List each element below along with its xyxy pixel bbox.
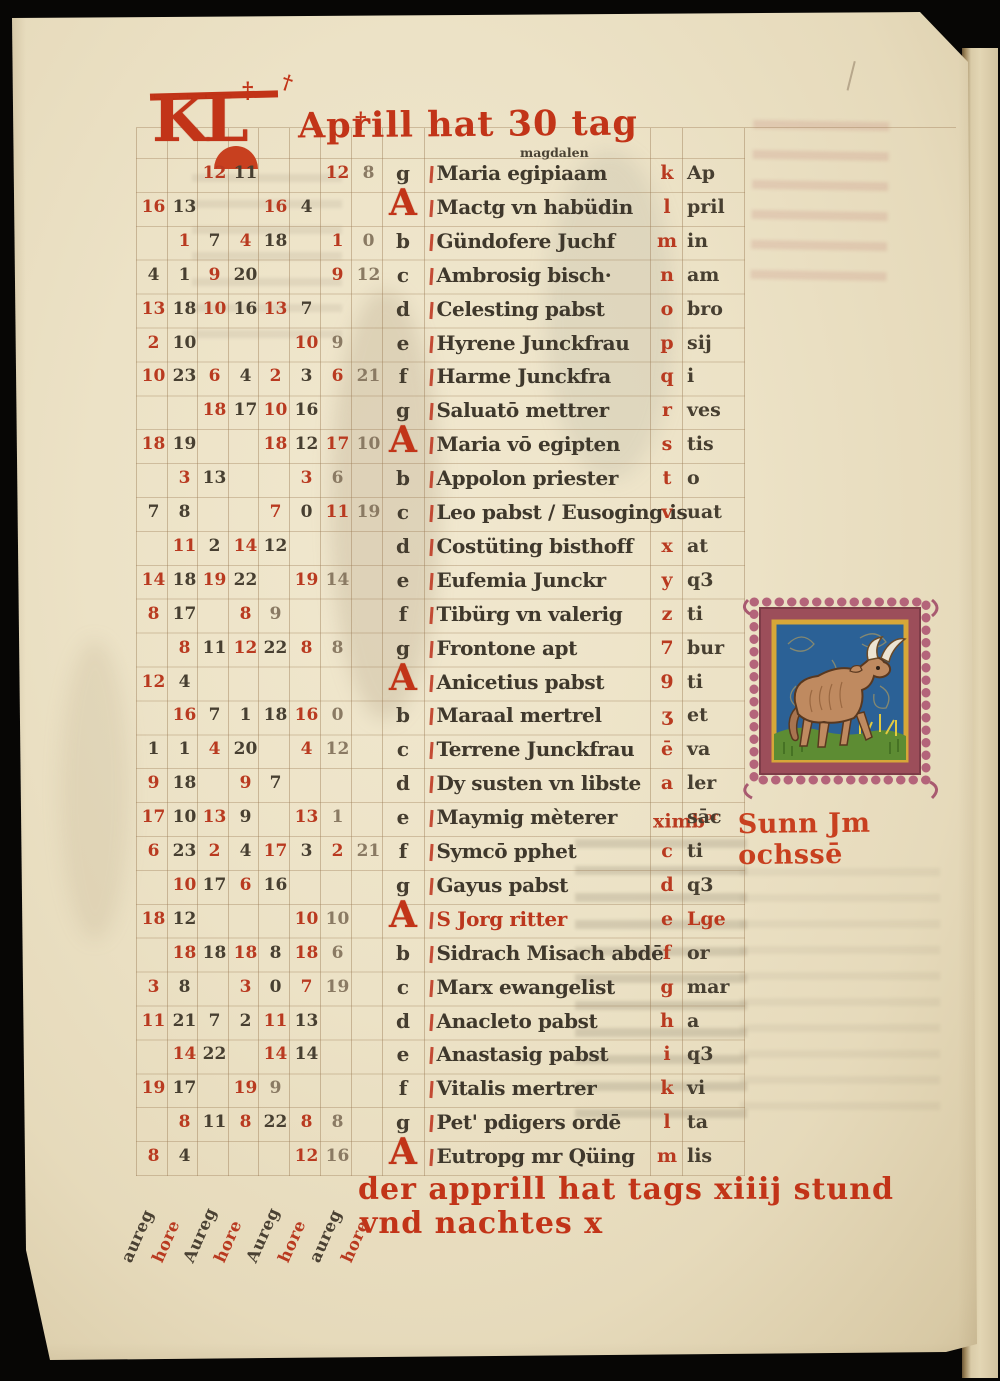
sequence-letter: h — [653, 1006, 681, 1036]
number-cell: 9 — [231, 768, 260, 798]
number-cell: 8 — [292, 1107, 321, 1137]
sequence-letter: s — [653, 429, 681, 459]
sequence-letter: ʒ — [653, 700, 681, 730]
sequence-letter: v — [653, 497, 681, 527]
saint-name: Eufemia Junckr — [430, 565, 658, 595]
number-cell: 1 — [139, 734, 168, 764]
number-cell: 4 — [231, 226, 260, 256]
sequence-letter: q — [653, 361, 681, 391]
number-cell: 18 — [231, 938, 260, 968]
sequence-letter: z — [653, 599, 681, 629]
saint-name: Celesting pabst — [430, 294, 658, 324]
number-cell: 11 — [323, 497, 352, 527]
number-cell: 17 — [170, 1073, 199, 1103]
number-cell: 8 — [139, 599, 168, 629]
sequence-letter: x — [653, 531, 681, 561]
dominical-letter: f — [386, 1073, 420, 1103]
calendar-row-day-28: 1917199fVitalis mertrerkvi — [0, 1073, 760, 1107]
number-cell: 14 — [231, 531, 260, 561]
number-cell: 17 — [170, 599, 199, 629]
number-cell: 3 — [170, 463, 199, 493]
number-cell: 1 — [231, 700, 260, 730]
number-cell: 11 — [139, 1006, 168, 1036]
number-cell: 1 — [323, 226, 352, 256]
dominical-letter: b — [386, 226, 420, 256]
parchment-page: KL † † † Aprill hat 30 tag 1211128gmagda… — [0, 0, 1000, 1381]
saint-name: Gayus pabst — [430, 870, 658, 900]
sequence-letter: i — [653, 1039, 681, 1069]
sequence-letter: m — [653, 1141, 681, 1171]
number-cell: 10 — [292, 904, 321, 934]
number-cell: 10 — [261, 395, 290, 425]
number-cell: 9 — [261, 1073, 290, 1103]
number-cell: 12 — [354, 260, 383, 290]
number-cell: 13 — [170, 192, 199, 222]
dominical-letter: e — [386, 802, 420, 832]
calendar-row-day-6: 210109eHyrene Junckfraupsij — [0, 328, 760, 362]
number-cell: 8 — [170, 972, 199, 1002]
number-cell: 17 — [139, 802, 168, 832]
number-cell: 7 — [200, 1006, 229, 1036]
number-cell: 3 — [292, 361, 321, 391]
number-cell: 12 — [323, 734, 352, 764]
number-cell: 4 — [170, 667, 199, 697]
dominical-letter: d — [386, 531, 420, 561]
number-cell: 9 — [323, 260, 352, 290]
calendar-row-day-2: 1613164AMactg vn habüdinlpril — [0, 192, 760, 226]
number-cell: 2 — [200, 836, 229, 866]
saint-name: Costüting bisthoff — [430, 531, 658, 561]
number-cell: 8 — [170, 497, 199, 527]
number-cell: 10 — [170, 802, 199, 832]
cisiojanus-syllable: q3 — [687, 870, 747, 900]
number-cell: 22 — [200, 1039, 229, 1069]
number-cell: 19 — [200, 565, 229, 595]
pen-flourish: † — [242, 78, 254, 104]
saint-name: Terrene Junckfrau — [430, 734, 658, 764]
calendar-row-day-1: 1211128gmagdalenMaria egipiaamkAp — [0, 158, 760, 192]
number-cell: 4 — [200, 734, 229, 764]
pen-flourish: † — [279, 69, 296, 95]
number-cell: 7 — [200, 700, 229, 730]
sequence-letter: ximbor — [653, 802, 681, 836]
saint-name: S Jorg ritter — [430, 904, 658, 934]
number-cell: 10 — [200, 294, 229, 324]
calendar-row-day-17: 167118160bMaraal mertrelʒet — [0, 700, 760, 734]
sequence-letter: 9 — [653, 667, 681, 697]
saint-name: Symcō pphet — [430, 836, 658, 866]
sequence-letter: n — [653, 260, 681, 290]
number-cell: 13 — [200, 463, 229, 493]
number-cell: 4 — [292, 192, 321, 222]
cisiojanus-syllable: ta — [687, 1107, 747, 1137]
number-cell: 6 — [323, 938, 352, 968]
number-cell: 14 — [170, 1039, 199, 1069]
number-cell: 18 — [170, 768, 199, 798]
number-cell: 18 — [139, 429, 168, 459]
saint-name: Saluatō mettrer — [430, 395, 658, 425]
dominical-letter: f — [386, 836, 420, 866]
cisiojanus-syllable: pril — [687, 192, 747, 222]
number-cell: 11 — [200, 1107, 229, 1137]
number-cell: 9 — [231, 802, 260, 832]
column-label-hore: hore — [210, 1217, 245, 1265]
calendar-row-day-19: 91897dDy susten vn libstealer — [0, 768, 760, 802]
calendar-row-day-14: 81789fTibürg vn valerigzti — [0, 599, 760, 633]
number-cell: 23 — [170, 836, 199, 866]
number-cell: 12 — [139, 667, 168, 697]
number-cell: 20 — [231, 260, 260, 290]
cisiojanus-syllable: or — [687, 938, 747, 968]
dominical-letter: f — [386, 361, 420, 391]
cisiojanus-syllable: uat — [687, 497, 747, 527]
number-cell: 12 — [200, 158, 229, 188]
number-cell: 16 — [170, 700, 199, 730]
dominical-letter: c — [386, 260, 420, 290]
number-cell: 2 — [261, 361, 290, 391]
calendar-row-day-5: 13181016137dCelesting pabstobro — [0, 294, 760, 328]
footer-night-length: vnd nachtes x — [360, 1206, 603, 1241]
calendar-row-day-25: 3830719cMarx ewangelistgmar — [0, 972, 760, 1006]
number-cell: 9 — [261, 599, 290, 629]
sequence-letter: r — [653, 395, 681, 425]
cisiojanus-syllable: et — [687, 700, 747, 730]
number-cell: 11 — [200, 633, 229, 663]
dominical-letter: c — [386, 972, 420, 1002]
number-cell: 12 — [231, 633, 260, 663]
number-cell: 4 — [139, 260, 168, 290]
number-cell: 12 — [292, 1141, 321, 1171]
saint-name: Gündofere Juchf — [430, 226, 658, 256]
calendar-row-day-30: 841216AEutropg mr Qüingmlis — [0, 1141, 760, 1175]
calendar-row-day-26: 1121721113dAnacleto pabstha — [0, 1006, 760, 1040]
dominical-letter: e — [386, 565, 420, 595]
show-through-text — [740, 850, 940, 1110]
number-cell: 3 — [292, 463, 321, 493]
calendar-row-day-9: 181918121710AMaria vō egiptenstis — [0, 429, 760, 463]
calendar-row-day-7: 10236423621fHarme Junckfraqi — [0, 361, 760, 395]
calendar-row-day-3: 1741810bGündofere Juchfmin — [0, 226, 760, 260]
dominical-letter: d — [386, 1006, 420, 1036]
cisiojanus-syllable: lis — [687, 1141, 747, 1171]
calendar-row-day-8: 18171016gSaluatō mettrerrves — [0, 395, 760, 429]
number-cell: 16 — [139, 192, 168, 222]
number-cell: 9 — [200, 260, 229, 290]
saint-name: Eutropg mr Qüing — [430, 1141, 658, 1171]
saint-name: Leo pabst / Eusoging is — [430, 497, 658, 527]
saint-name: Ambrosig bisch· — [430, 260, 658, 290]
manuscript-photo: KL † † † Aprill hat 30 tag 1211128gmagda… — [0, 0, 1000, 1381]
number-cell: 0 — [261, 972, 290, 1002]
sequence-letter: g — [653, 972, 681, 1002]
number-cell: 14 — [261, 1039, 290, 1069]
cisiojanus-syllable: Lge — [687, 904, 747, 934]
number-cell: 7 — [200, 226, 229, 256]
cisiojanus-syllable: Ap — [687, 158, 747, 188]
number-cell: 3 — [292, 836, 321, 866]
sequence-letter: l — [653, 1107, 681, 1137]
calendar-row-day-23: 18121010AS Jorg rittereLge — [0, 904, 760, 938]
number-cell: 16 — [323, 1141, 352, 1171]
number-cell: 0 — [292, 497, 321, 527]
sequence-letter: d — [653, 870, 681, 900]
column-label-hore: hore — [337, 1217, 372, 1265]
dominical-letter: b — [386, 463, 420, 493]
saint-name: Appolon priester — [430, 463, 658, 493]
calendar-row-day-13: 141819221914eEufemia Junckryq3 — [0, 565, 760, 599]
number-cell: 21 — [354, 361, 383, 391]
number-cell: 17 — [261, 836, 290, 866]
number-cell: 16 — [261, 192, 290, 222]
cisiojanus-syllable: at — [687, 531, 747, 561]
calendar-row-day-11: 78701119cLeo pabst / Eusoging isvuat — [0, 497, 760, 531]
saint-name: Hyrene Junckfrau — [430, 328, 658, 358]
number-cell: 16 — [292, 395, 321, 425]
cisiojanus-syllable: q3 — [687, 1039, 747, 1069]
dominical-letter: c — [386, 734, 420, 764]
number-cell: 22 — [231, 565, 260, 595]
calendar-row-day-27: 14221414eAnastasig pabstiq3 — [0, 1039, 760, 1073]
number-cell: 7 — [292, 294, 321, 324]
calendar-row-day-29: 81182288gPet' pdigers ordēlta — [0, 1107, 760, 1141]
dominical-letter: d — [386, 768, 420, 798]
number-cell: 21 — [354, 836, 383, 866]
sequence-letter: y — [653, 565, 681, 595]
number-cell: 10 — [139, 361, 168, 391]
number-cell: 2 — [200, 531, 229, 561]
number-cell: 1 — [323, 802, 352, 832]
number-cell: 8 — [261, 938, 290, 968]
number-cell: 18 — [139, 904, 168, 934]
number-cell: 10 — [354, 429, 383, 459]
number-cell: 10 — [170, 328, 199, 358]
number-cell: 8 — [170, 633, 199, 663]
dominical-letter: A — [386, 190, 420, 216]
sequence-letter: e — [653, 904, 681, 934]
cisiojanus-syllable: mar — [687, 972, 747, 1002]
footer-day-length: der apprill hat tags xiiij stund — [358, 1172, 894, 1207]
number-cell: 11 — [261, 1006, 290, 1036]
sequence-letter: f — [653, 938, 681, 968]
number-cell: 18 — [200, 395, 229, 425]
number-cell: 19 — [231, 1073, 260, 1103]
dominical-letter: b — [386, 938, 420, 968]
saint-name: Harme Junckfra — [430, 361, 658, 391]
number-cell: 18 — [170, 294, 199, 324]
number-cell: 12 — [170, 904, 199, 934]
cisiojanus-syllable: ler — [687, 768, 747, 798]
number-cell: 8 — [354, 158, 383, 188]
number-cell: 8 — [170, 1107, 199, 1137]
number-cell: 8 — [323, 633, 352, 663]
saint-name: Frontone apt — [430, 633, 658, 663]
sequence-letter: k — [653, 1073, 681, 1103]
sequence-letter: l — [653, 192, 681, 222]
calendar-row-day-16: 124AAnicetius pabst9ti — [0, 667, 760, 701]
sequence-letter: ē — [653, 734, 681, 764]
number-cell: 14 — [139, 565, 168, 595]
cisiojanus-syllable: sij — [687, 328, 747, 358]
saint-name: Tibürg vn valerig — [430, 599, 658, 629]
kl-monogram: KL — [152, 88, 245, 152]
dominical-letter: e — [386, 328, 420, 358]
number-cell: 12 — [292, 429, 321, 459]
number-cell: 3 — [139, 972, 168, 1002]
number-cell: 0 — [354, 226, 383, 256]
calendar-row-day-24: 1818188186bSidrach Misach abdēfor — [0, 938, 760, 972]
sequence-letter: o — [653, 294, 681, 324]
number-cell: 4 — [170, 1141, 199, 1171]
number-cell: 10 — [170, 870, 199, 900]
number-cell: 9 — [139, 768, 168, 798]
number-cell: 10 — [323, 904, 352, 934]
number-cell: 7 — [261, 768, 290, 798]
dominical-letter: A — [386, 902, 420, 928]
cisiojanus-syllable: q3 — [687, 565, 747, 595]
number-cell: 6 — [139, 836, 168, 866]
number-cell: 10 — [292, 328, 321, 358]
number-cell: 13 — [261, 294, 290, 324]
number-cell: 7 — [261, 497, 290, 527]
number-cell: 19 — [323, 972, 352, 1002]
calendar-row-day-20: 1710139131eMaymig mètererximborsāc — [0, 802, 760, 836]
calendar-row-day-22: 1017616gGayus pabstdq3 — [0, 870, 760, 904]
saint-name: Anicetius pabst — [430, 667, 658, 697]
saint-name: Maria vō egipten — [430, 429, 658, 459]
cisiojanus-syllable: ti — [687, 667, 747, 697]
number-cell: 4 — [231, 836, 260, 866]
saint-name: Anastasig pabst — [430, 1039, 658, 1069]
number-cell: 19 — [292, 565, 321, 595]
saint-name: Pet' pdigers ordē — [430, 1107, 658, 1137]
pencil-mark — [847, 61, 866, 93]
cisiojanus-syllable: am — [687, 260, 747, 290]
number-cell: 6 — [323, 361, 352, 391]
number-cell: 17 — [200, 870, 229, 900]
number-cell: 18 — [261, 700, 290, 730]
number-cell: 2 — [323, 836, 352, 866]
number-cell: 8 — [231, 1107, 260, 1137]
column-label-hore: hore — [274, 1217, 309, 1265]
sequence-letter: p — [653, 328, 681, 358]
calendar-row-day-10: 31336bAppolon priesterto — [0, 463, 760, 497]
number-cell: 8 — [139, 1141, 168, 1171]
number-cell: 14 — [323, 565, 352, 595]
number-cell: 18 — [200, 938, 229, 968]
sequence-letter: c — [653, 836, 681, 866]
dominical-letter: A — [386, 427, 420, 453]
number-cell: 19 — [170, 429, 199, 459]
zodiac-miniature-taurus — [740, 594, 940, 806]
number-cell: 1 — [170, 734, 199, 764]
cisiojanus-syllable: a — [687, 1006, 747, 1036]
number-cell: 13 — [200, 802, 229, 832]
dominical-letter: e — [386, 1039, 420, 1069]
cisiojanus-syllable: in — [687, 226, 747, 256]
number-cell: 0 — [323, 700, 352, 730]
number-cell: 22 — [261, 633, 290, 663]
saint-name: Marx ewangelist — [430, 972, 658, 1002]
number-cell: 2 — [231, 1006, 260, 1036]
number-cell: 16 — [292, 700, 321, 730]
bull-eye — [876, 666, 880, 670]
number-cell: 14 — [292, 1039, 321, 1069]
number-cell: 16 — [261, 870, 290, 900]
dominical-letter: d — [386, 294, 420, 324]
number-cell: 12 — [261, 531, 290, 561]
number-cell: 18 — [292, 938, 321, 968]
number-cell: 19 — [139, 1073, 168, 1103]
number-cell: 11 — [170, 531, 199, 561]
saint-name: Vitalis mertrer — [430, 1073, 658, 1103]
number-cell: 4 — [292, 734, 321, 764]
month-title: Aprill hat 30 tag — [298, 103, 638, 147]
number-cell: 2 — [139, 328, 168, 358]
number-cell: 11 — [231, 158, 260, 188]
sequence-letter: k — [653, 158, 681, 188]
number-cell: 8 — [292, 633, 321, 663]
calendar-row-day-18: 11420412cTerrene Junckfrauēva — [0, 734, 760, 768]
number-cell: 16 — [231, 294, 260, 324]
number-cell: 18 — [261, 429, 290, 459]
number-cell: 17 — [323, 429, 352, 459]
cisiojanus-syllable: ti — [687, 599, 747, 629]
number-cell: 13 — [292, 802, 321, 832]
number-cell: 3 — [231, 972, 260, 1002]
number-cell: 6 — [200, 361, 229, 391]
number-cell: 18 — [170, 565, 199, 595]
saint-name: Sidrach Misach abdē — [430, 938, 658, 968]
calendar-row-day-12: 1121412dCostüting bisthoffxat — [0, 531, 760, 565]
number-cell: 6 — [323, 463, 352, 493]
number-cell: 13 — [292, 1006, 321, 1036]
dominical-letter: f — [386, 599, 420, 629]
number-cell: 9 — [323, 328, 352, 358]
zodiac-caption: Sunn Jm ochssē — [738, 807, 949, 871]
sequence-letter: m — [653, 226, 681, 256]
number-cell: 23 — [170, 361, 199, 391]
number-cell: 20 — [231, 734, 260, 764]
cisiojanus-syllable: o — [687, 463, 747, 493]
number-cell: 17 — [231, 395, 260, 425]
number-cell: 4 — [231, 361, 260, 391]
number-cell: 6 — [231, 870, 260, 900]
cisiojanus-syllable: tis — [687, 429, 747, 459]
number-cell: 18 — [261, 226, 290, 256]
number-cell: 8 — [323, 1107, 352, 1137]
number-cell: 12 — [323, 158, 352, 188]
number-cell: 19 — [354, 497, 383, 527]
cisiojanus-syllable: i — [687, 361, 747, 391]
saint-name: Dy susten vn libste — [430, 768, 658, 798]
number-cell: 7 — [292, 972, 321, 1002]
number-cell: 1 — [170, 226, 199, 256]
saint-name: Maraal mertrel — [430, 700, 658, 730]
sequence-letter: t — [653, 463, 681, 493]
saint-name: Mactg vn habüdin — [430, 192, 658, 222]
column-label-hore: hore — [148, 1217, 183, 1265]
dominical-letter: A — [386, 1139, 420, 1165]
dominical-letter: c — [386, 497, 420, 527]
cisiojanus-syllable: vi — [687, 1073, 747, 1103]
dominical-letter: b — [386, 700, 420, 730]
saint-name: Maymig mèterer — [430, 802, 658, 832]
number-cell: 13 — [139, 294, 168, 324]
calendar-row-day-21: 62324173221fSymcō pphetcti — [0, 836, 760, 870]
calendar-row-day-4: 41920912cAmbrosig bisch·nam — [0, 260, 760, 294]
cisiojanus-syllable: bur — [687, 633, 747, 663]
number-cell: 7 — [139, 497, 168, 527]
